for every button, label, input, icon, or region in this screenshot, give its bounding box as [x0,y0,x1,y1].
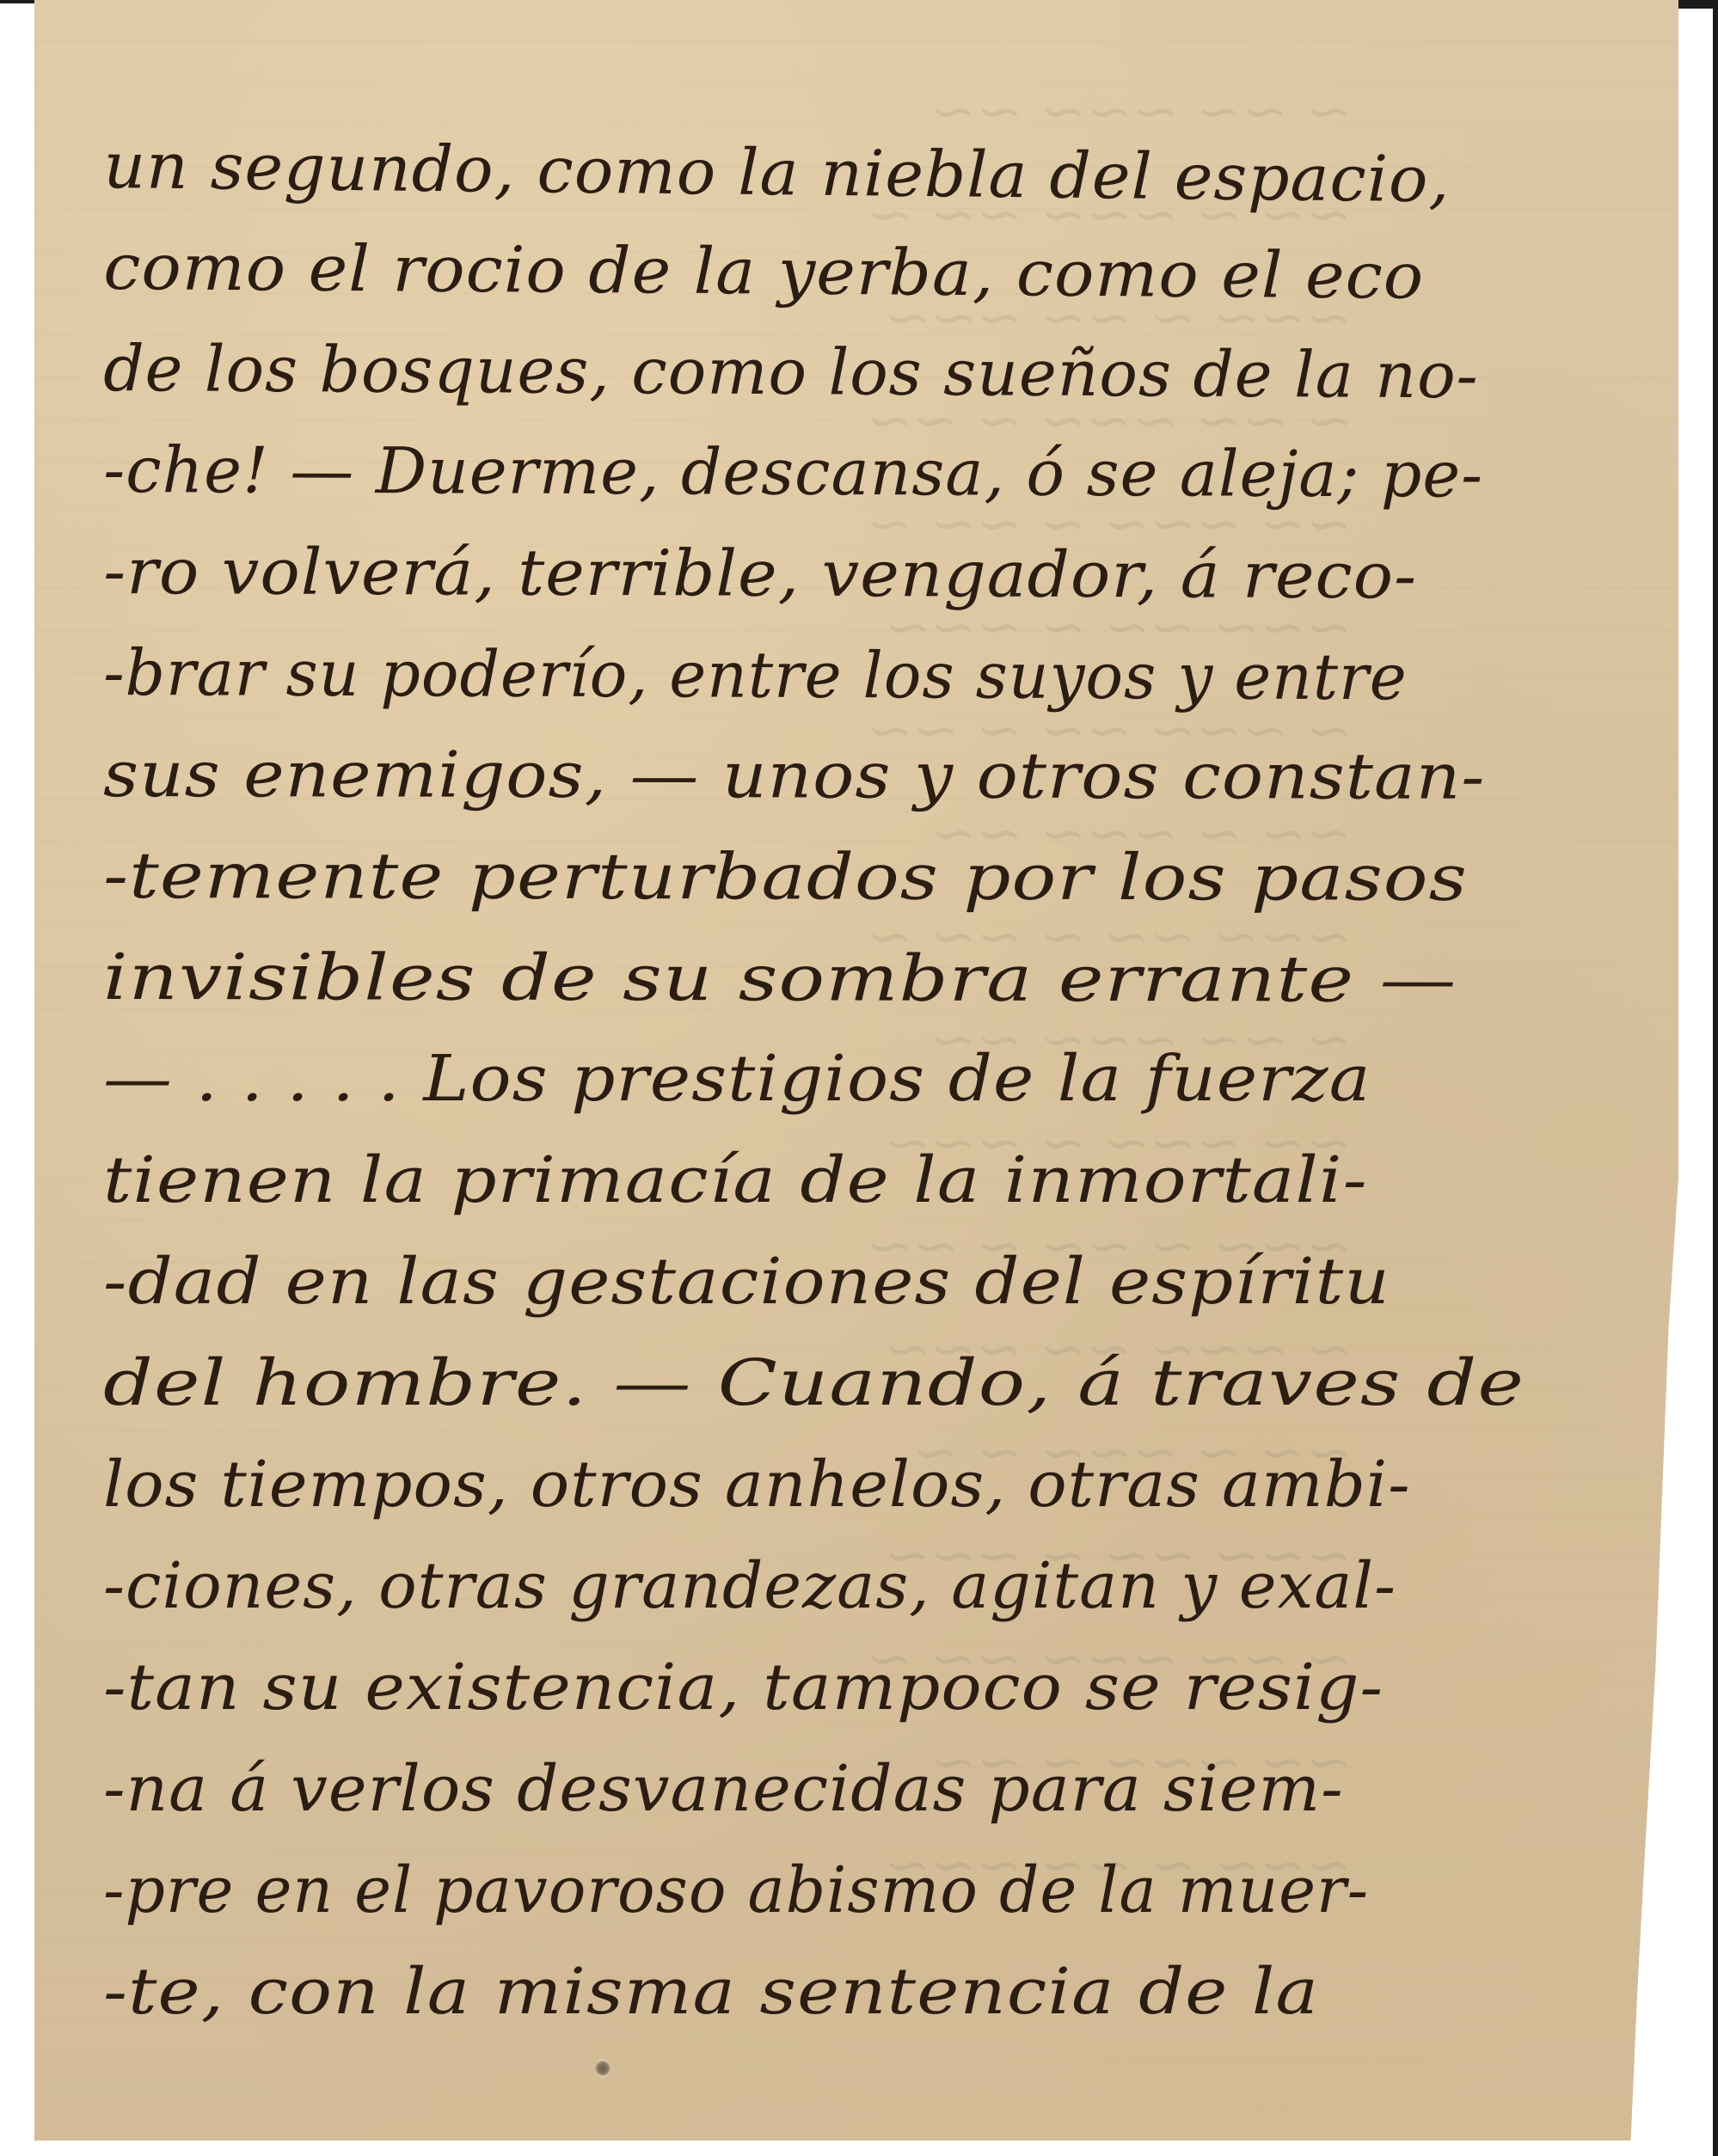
manuscript-line: -brar su poderío, entre los suyos y entr… [103,636,1408,714]
manuscript-line: -temente perturbados por los pasos [103,839,1468,916]
manuscript-line: -ro volverá, terrible, vengador, á reco- [103,535,1417,613]
manuscript-line: -dad en las gestaciones del espíritu [103,1245,1390,1319]
manuscript-line: como el rocio de la yerba, como el eco [103,230,1424,314]
manuscript-line: sus enemigos, — unos y otros constan- [103,738,1485,814]
manuscript-line: -na á verlos desvanecidas para siem- [103,1752,1344,1826]
scan-border-right [1713,0,1718,2156]
manuscript-line: los tiempos, otros anhelos, otras ambi- [103,1448,1411,1522]
manuscript-line: -tan su existencia, tampoco se resig- [103,1651,1384,1724]
manuscript-line: -ciones, otras grandezas, agitan y exal- [103,1549,1396,1623]
manuscript-line: un segundo, como la niebla del espacio, [103,129,1451,217]
manuscript-line: -te, con la misma sentencia de la [103,1955,1319,2029]
manuscript-line: de los bosques, como los sueños de la no… [103,332,1479,413]
manuscript-line: -pre en el pavoroso abismo de la muer- [103,1853,1369,1927]
manuscript-line: tienen la primacía de la inmortali- [103,1143,1368,1217]
manuscript-line: invisibles de su sombra errante — [103,940,1457,1017]
scan-border-top-left [0,0,34,3]
ink-spot [595,2059,611,2078]
manuscript-line: del hombre. — Cuando, á traves de [103,1346,1525,1420]
manuscript-page: ~ ~~ ~~~ ~~ ~~ ~ ~~~ ~~ ~ ~~~ ~ ~~ ~~~ ~… [34,0,1678,2141]
manuscript-line: -che! — Duerme, descansa, ó se aleja; pe… [103,433,1483,512]
manuscript-line: — . . . . . Los prestigios de la fuerza [103,1042,1371,1116]
scan-border-top-right [1675,0,1718,9]
